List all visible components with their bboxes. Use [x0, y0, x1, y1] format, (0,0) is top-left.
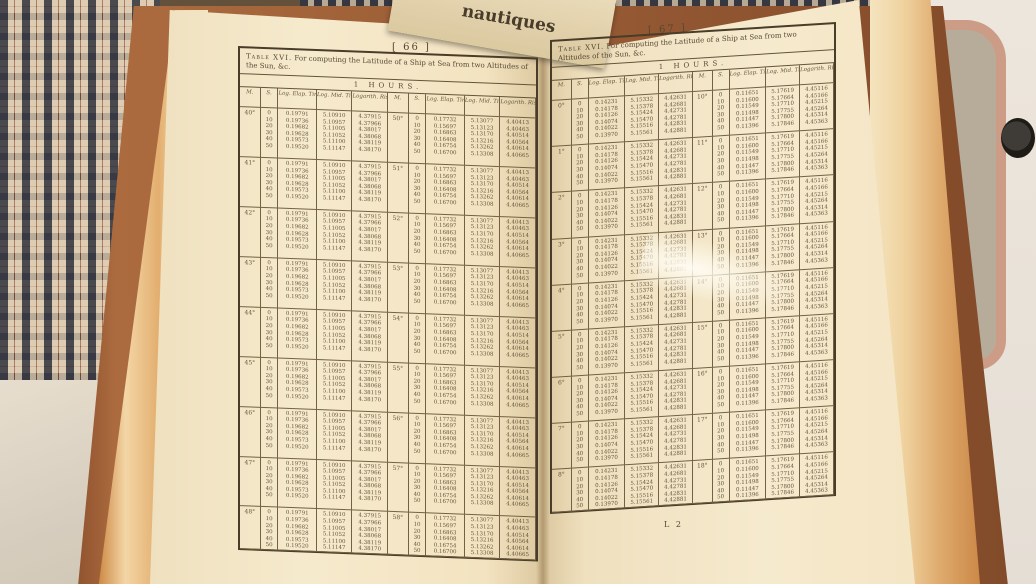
seconds-cell: 0 10 20 30 40 50: [572, 422, 589, 469]
log-rising-cell: 4.45116 4.45166 4.45215 4.45264 4.45314 …: [800, 453, 834, 498]
seconds-cell: 0 10 20 30 40 50: [261, 308, 279, 359]
minutes-cell: 10°: [693, 91, 713, 138]
seconds-cell: 0 10 20 30 40 50: [409, 513, 427, 556]
minutes-cell: 3°: [552, 238, 572, 285]
log-rising-cell: 4.45116 4.45166 4.45215 4.45264 4.45314 …: [800, 268, 834, 316]
minutes-cell: 50°: [388, 113, 409, 164]
log-elapsed-cell: 0.17732 0.15697 0.16863 0.16408 0.16754 …: [426, 214, 464, 265]
log-rising-cell: 4.37915 4.37966 4.38017 4.38068 4.38119 …: [352, 211, 388, 262]
seconds-cell: 0 10 20 30 40 50: [713, 413, 730, 460]
seconds-cell: 0 10 20 30 40 50: [572, 237, 589, 284]
log-elapsed-cell: 0.11651 0.11600 0.11549 0.11498 0.11447 …: [730, 364, 767, 412]
minutes-cell: 51°: [388, 163, 409, 214]
log-elapsed-cell: 0.11651 0.11600 0.11549 0.11498 0.11447 …: [730, 411, 767, 459]
log-elapsed-cell: 0.17732 0.15697 0.16863 0.16408 0.16754 …: [426, 114, 464, 165]
log-rising-cell: 4.42631 4.42681 4.42731 4.42781 4.42831 …: [659, 323, 693, 371]
log-rising-cell: 4.40413 4.40463 4.40514 4.40564 4.40614 …: [500, 367, 536, 418]
seconds-cell: 0 10 20 30 40 50: [261, 358, 279, 409]
seconds-cell: 0 10 20 30 40 50: [409, 213, 427, 264]
log-middle-cell: 5.10910 5.10957 5.11005 5.11052 5.11100 …: [317, 509, 353, 553]
log-elapsed-cell: 0.11651 0.11600 0.11549 0.11498 0.11447 …: [730, 87, 767, 135]
seconds-cell: 0 10 20 30 40 50: [572, 283, 589, 330]
log-elapsed-cell: 0.11651 0.11600 0.11549 0.11498 0.11447 …: [730, 134, 767, 182]
log-rising-cell: 4.42631 4.42681 4.42731 4.42781 4.42831 …: [659, 92, 693, 140]
minutes-cell: 5°: [552, 331, 572, 378]
seconds-cell: 0 10 20 30 40 50: [409, 263, 427, 314]
minutes-cell: 18°: [693, 460, 713, 504]
log-elapsed-cell: 0.17732 0.15697 0.16863 0.16408 0.16754 …: [426, 364, 464, 415]
column-header: S.: [572, 79, 589, 100]
column-header: Logarith. Rising.: [800, 63, 834, 85]
minutes-cell: 11°: [693, 137, 713, 184]
minutes-cell: 56°: [388, 412, 409, 463]
log-rising-cell: 4.45116 4.45166 4.45215 4.45264 4.45314 …: [800, 175, 834, 223]
log-middle-cell: 5.10910 5.10957 5.11005 5.11052 5.11100 …: [317, 160, 353, 211]
column-header: S.: [409, 94, 427, 115]
seconds-cell: 0 10 20 30 40 50: [713, 136, 730, 183]
log-middle-cell: 5.10910 5.10957 5.11005 5.11052 5.11100 …: [317, 210, 353, 261]
log-rising-cell: 4.42631 4.42681 4.42731 4.42781 4.42831 …: [659, 184, 693, 232]
log-middle-cell: 5.15332 5.15378 5.15424 5.15470 5.15516 …: [625, 94, 659, 142]
log-elapsed-cell: 0.14231 0.14178 0.14126 0.14074 0.14022 …: [589, 281, 626, 329]
minutes-cell: 42°: [240, 207, 261, 258]
log-rising-cell: 4.40413 4.40463 4.40514 4.40564 4.40614 …: [500, 317, 536, 368]
log-elapsed-cell: 0.14231 0.14178 0.14126 0.14074 0.14022 …: [589, 142, 626, 190]
log-middle-cell: 5.15332 5.15378 5.15424 5.15470 5.15516 …: [625, 140, 659, 188]
column-header: Logarith. Rising.: [352, 91, 388, 112]
log-rising-cell: 4.40413 4.40463 4.40514 4.40564 4.40614 …: [500, 117, 536, 168]
minutes-cell: 45°: [240, 357, 261, 408]
minutes-cell: 41°: [240, 157, 261, 208]
log-rising-cell: 4.42631 4.42681 4.42731 4.42781 4.42831 …: [659, 138, 693, 186]
log-middle-cell: 5.10910 5.10957 5.11005 5.11052 5.11100 …: [317, 410, 353, 461]
column-header: S.: [713, 70, 730, 91]
label-card-text: nautiques: [460, 1, 557, 37]
log-elapsed-cell: 0.19791 0.19736 0.19682 0.19628 0.19573 …: [278, 109, 316, 160]
log-elapsed-cell: 0.17732 0.15697 0.16863 0.16408 0.16754 …: [426, 414, 464, 465]
log-middle-cell: 5.17619 5.17664 5.17710 5.17755 5.17800 …: [766, 362, 800, 410]
log-middle-cell: 5.13077 5.13123 5.13170 5.13216 5.13262 …: [465, 465, 501, 516]
log-rising-cell: 4.37915 4.37966 4.38017 4.38068 4.38119 …: [352, 411, 388, 462]
log-rising-cell: 4.40413 4.40463 4.40514 4.40564 4.40614 …: [500, 417, 536, 468]
seconds-cell: 0 10 20 30 40 50: [261, 407, 279, 458]
log-elapsed-cell: 0.17732 0.15697 0.16863 0.16408 0.16754 …: [426, 514, 464, 558]
log-rising-cell: 4.42631 4.42681 4.42731 4.42781 4.42831 …: [659, 369, 693, 417]
minutes-cell: 47°: [240, 457, 261, 508]
log-elapsed-cell: 0.17732 0.15697 0.16863 0.16408 0.16754 …: [426, 314, 464, 365]
log-middle-cell: 5.10910 5.10957 5.11005 5.11052 5.11100 …: [317, 360, 353, 411]
minutes-cell: 52°: [388, 213, 409, 264]
column-header: Log. Elap. Time.: [426, 94, 464, 115]
column-header: Logarith. Rising.: [500, 97, 536, 118]
log-elapsed-cell: 0.19791 0.19736 0.19682 0.19628 0.19573 …: [278, 308, 316, 359]
seconds-cell: 0 10 20 30 40 50: [713, 90, 730, 137]
log-rising-cell: 4.37915 4.37966 4.38017 4.38068 4.38119 …: [352, 511, 388, 555]
minutes-cell: 1°: [552, 146, 572, 193]
seconds-cell: 0 10 20 30 40 50: [409, 363, 427, 414]
minutes-cell: 44°: [240, 307, 261, 358]
column-header: M.: [552, 80, 572, 101]
column-header: Log. Elap. Time.: [730, 67, 767, 89]
log-middle-cell: 5.13077 5.13123 5.13170 5.13216 5.13262 …: [465, 315, 501, 366]
log-middle-cell: 5.13077 5.13123 5.13170 5.13216 5.13262 …: [465, 365, 501, 416]
log-rising-cell: 4.45116 4.45166 4.45215 4.45264 4.45314 …: [800, 314, 834, 362]
log-elapsed-cell: 0.19791 0.19736 0.19682 0.19628 0.19573 …: [278, 358, 316, 409]
log-rising-cell: 4.45116 4.45166 4.45215 4.45264 4.45314 …: [800, 406, 834, 454]
log-rising-cell: 4.40413 4.40463 4.40514 4.40564 4.40614 …: [500, 167, 536, 218]
seconds-cell: 0 10 20 30 40 50: [713, 321, 730, 368]
log-rising-cell: 4.40413 4.40463 4.40514 4.40564 4.40614 …: [500, 467, 536, 518]
minutes-cell: 48°: [240, 507, 261, 550]
column-header: M.: [693, 71, 713, 92]
minutes-cell: 0°: [552, 100, 572, 147]
log-elapsed-cell: 0.14231 0.14178 0.14126 0.14074 0.14022 …: [589, 373, 626, 421]
minutes-cell: 15°: [693, 322, 713, 369]
log-middle-cell: 5.10910 5.10957 5.11005 5.11052 5.11100 …: [317, 460, 353, 511]
log-elapsed-cell: 0.17732 0.15697 0.16863 0.16408 0.16754 …: [426, 464, 464, 515]
seconds-cell: 0 10 20 30 40 50: [409, 463, 427, 514]
log-rising-cell: 4.37915 4.37966 4.38017 4.38068 4.38119 …: [352, 311, 388, 362]
minutes-cell: 2°: [552, 192, 572, 239]
seconds-cell: 0 10 20 30 40 50: [409, 413, 427, 464]
log-rising-cell: 4.37915 4.37966 4.38017 4.38068 4.38119 …: [352, 461, 388, 512]
seconds-cell: 0 10 20 30 40 50: [261, 507, 279, 550]
log-middle-cell: 5.15332 5.15378 5.15424 5.15470 5.15516 …: [625, 464, 659, 509]
minutes-cell: 17°: [693, 414, 713, 461]
log-elapsed-cell: 0.14231 0.14178 0.14126 0.14074 0.14022 …: [589, 96, 626, 144]
seconds-cell: 0 10 20 30 40 50: [713, 459, 730, 503]
column-header: Log. Elap. Time.: [589, 76, 626, 98]
log-middle-cell: 5.13077 5.13123 5.13170 5.13216 5.13262 …: [465, 265, 501, 316]
seconds-cell: 0 10 20 30 40 50: [572, 329, 589, 376]
column-header: Log. Mid. Time.: [625, 74, 659, 96]
left-table-grid: M.S.Log. Elap. Time.Log. Mid. Time.Logar…: [240, 87, 536, 560]
log-middle-cell: 5.13077 5.13123 5.13170 5.13216 5.13262 …: [465, 116, 501, 167]
minutes-cell: 16°: [693, 368, 713, 415]
log-elapsed-cell: 0.14231 0.14178 0.14126 0.14074 0.14022 …: [589, 420, 626, 468]
log-elapsed-cell: 0.17732 0.15697 0.16863 0.16408 0.16754 …: [426, 264, 464, 315]
log-rising-cell: 4.45116 4.45166 4.45215 4.45264 4.45314 …: [800, 360, 834, 408]
log-rising-cell: 4.45116 4.45166 4.45215 4.45264 4.45314 …: [800, 129, 834, 177]
log-elapsed-cell: 0.14231 0.14178 0.14126 0.14074 0.14022 …: [589, 327, 626, 375]
seconds-cell: 0 10 20 30 40 50: [261, 208, 279, 259]
log-middle-cell: 5.10910 5.10957 5.11005 5.11052 5.11100 …: [317, 310, 353, 361]
seconds-cell: 0 10 20 30 40 50: [261, 108, 279, 159]
log-elapsed-cell: 0.19791 0.19736 0.19682 0.19628 0.19573 …: [278, 158, 316, 209]
log-rising-cell: 4.37915 4.37966 4.38017 4.38068 4.38119 …: [352, 261, 388, 312]
log-middle-cell: 5.17619 5.17664 5.17710 5.17755 5.17800 …: [766, 409, 800, 457]
log-elapsed-cell: 0.11651 0.11600 0.11549 0.11498 0.11447 …: [730, 457, 767, 502]
log-middle-cell: 5.15332 5.15378 5.15424 5.15470 5.15516 …: [625, 371, 659, 419]
seconds-cell: 0 10 20 30 40 50: [409, 313, 427, 364]
log-middle-cell: 5.17619 5.17664 5.17710 5.17755 5.17800 …: [766, 316, 800, 364]
log-middle-cell: 5.13077 5.13123 5.13170 5.13216 5.13262 …: [465, 415, 501, 466]
column-header: S.: [261, 88, 279, 109]
minutes-cell: 12°: [693, 183, 713, 230]
log-elapsed-cell: 0.14231 0.14178 0.14126 0.14074 0.14022 …: [589, 189, 626, 237]
minutes-cell: 58°: [388, 512, 409, 555]
seconds-cell: 0 10 20 30 40 50: [713, 182, 730, 229]
column-header: Logarith. Rising.: [659, 72, 693, 94]
log-rising-cell: 4.37915 4.37966 4.38017 4.38068 4.38119 …: [352, 361, 388, 412]
seconds-cell: 0 10 20 30 40 50: [713, 367, 730, 414]
seconds-cell: 0 10 20 30 40 50: [261, 457, 279, 508]
log-elapsed-cell: 0.19791 0.19736 0.19682 0.19628 0.19573 …: [278, 458, 316, 509]
log-middle-cell: 5.10910 5.10957 5.11005 5.11052 5.11100 …: [317, 110, 353, 161]
log-rising-cell: 4.40413 4.40463 4.40514 4.40564 4.40614 …: [500, 217, 536, 268]
minutes-cell: 40°: [240, 107, 261, 158]
log-elapsed-cell: 0.19791 0.19736 0.19682 0.19628 0.19573 …: [278, 258, 316, 309]
seconds-cell: 0 10 20 30 40 50: [409, 114, 427, 165]
minutes-cell: 57°: [388, 462, 409, 513]
log-elapsed-cell: 0.14231 0.14178 0.14126 0.14074 0.14022 …: [589, 466, 626, 511]
log-middle-cell: 5.17619 5.17664 5.17710 5.17755 5.17800 …: [766, 131, 800, 179]
minutes-cell: 53°: [388, 263, 409, 314]
log-middle-cell: 5.17619 5.17664 5.17710 5.17755 5.17800 …: [766, 85, 800, 133]
log-rising-cell: 4.37915 4.37966 4.38017 4.38068 4.38119 …: [352, 161, 388, 212]
log-middle-cell: 5.10910 5.10957 5.11005 5.11052 5.11100 …: [317, 260, 353, 311]
log-middle-cell: 5.13077 5.13123 5.13170 5.13216 5.13262 …: [465, 166, 501, 217]
seconds-cell: 0 10 20 30 40 50: [572, 191, 589, 238]
column-header: M.: [388, 93, 409, 114]
column-header: Log. Elap. Time.: [278, 89, 316, 110]
log-elapsed-cell: 0.14231 0.14178 0.14126 0.14074 0.14022 …: [589, 235, 626, 283]
column-header: M.: [240, 87, 261, 108]
minutes-cell: 8°: [552, 469, 572, 513]
seconds-cell: 0 10 20 30 40 50: [572, 99, 589, 146]
log-rising-cell: 4.37915 4.37966 4.38017 4.38068 4.38119 …: [352, 111, 388, 162]
minutes-cell: 4°: [552, 284, 572, 331]
log-rising-cell: 4.40413 4.40463 4.40514 4.40564 4.40614 …: [500, 517, 536, 561]
log-middle-cell: 5.15332 5.15378 5.15424 5.15470 5.15516 …: [625, 325, 659, 373]
minutes-cell: 54°: [388, 312, 409, 363]
column-header: Log. Mid. Time.: [766, 65, 800, 87]
signature-mark: L 2: [664, 520, 683, 529]
log-rising-cell: 4.40413 4.40463 4.40514 4.40564 4.40614 …: [500, 267, 536, 318]
column-header: Log. Mid. Time.: [317, 90, 353, 111]
minutes-cell: 7°: [552, 423, 572, 470]
minutes-cell: 46°: [240, 407, 261, 458]
log-elapsed-cell: 0.17732 0.15697 0.16863 0.16408 0.16754 …: [426, 164, 464, 215]
seconds-cell: 0 10 20 30 40 50: [572, 468, 589, 512]
log-rising-cell: 4.42631 4.42681 4.42731 4.42781 4.42831 …: [659, 461, 693, 506]
log-middle-cell: 5.15332 5.15378 5.15424 5.15470 5.15516 …: [625, 417, 659, 465]
log-elapsed-cell: 0.19791 0.19736 0.19682 0.19628 0.19573 …: [278, 208, 316, 259]
column-header: Log. Mid. Time.: [465, 96, 501, 117]
log-rising-cell: 4.42631 4.42681 4.42731 4.42781 4.42831 …: [659, 415, 693, 463]
minutes-cell: 6°: [552, 377, 572, 424]
log-rising-cell: 4.45116 4.45166 4.45215 4.45264 4.45314 …: [800, 83, 834, 131]
minutes-cell: 55°: [388, 362, 409, 413]
photo-scene: nautiques [ 66 ] [ 67 ] Table XVI. For c…: [0, 0, 1036, 584]
seconds-cell: 0 10 20 30 40 50: [572, 376, 589, 423]
log-elapsed-cell: 0.11651 0.11600 0.11549 0.11498 0.11447 …: [730, 180, 767, 228]
minutes-cell: 43°: [240, 257, 261, 308]
log-elapsed-cell: 0.19791 0.19736 0.19682 0.19628 0.19573 …: [278, 408, 316, 459]
garment-button: [1001, 118, 1035, 158]
log-rising-cell: 4.45116 4.45166 4.45215 4.45264 4.45314 …: [800, 222, 834, 270]
seconds-cell: 0 10 20 30 40 50: [409, 163, 427, 214]
log-middle-cell: 5.17619 5.17664 5.17710 5.17755 5.17800 …: [766, 455, 800, 500]
seconds-cell: 0 10 20 30 40 50: [261, 258, 279, 309]
seconds-cell: 0 10 20 30 40 50: [572, 145, 589, 192]
book-gutter: [536, 40, 550, 584]
log-middle-cell: 5.13077 5.13123 5.13170 5.13216 5.13262 …: [465, 216, 501, 267]
log-middle-cell: 5.13077 5.13123 5.13170 5.13216 5.13262 …: [465, 515, 501, 559]
left-nautical-table: Table XVI. For computing the Latitude of…: [238, 46, 538, 562]
log-elapsed-cell: 0.19791 0.19736 0.19682 0.19628 0.19573 …: [278, 508, 316, 552]
seconds-cell: 0 10 20 30 40 50: [261, 158, 279, 209]
log-elapsed-cell: 0.11651 0.11600 0.11549 0.11498 0.11447 …: [730, 318, 767, 366]
log-middle-cell: 5.17619 5.17664 5.17710 5.17755 5.17800 …: [766, 178, 800, 226]
